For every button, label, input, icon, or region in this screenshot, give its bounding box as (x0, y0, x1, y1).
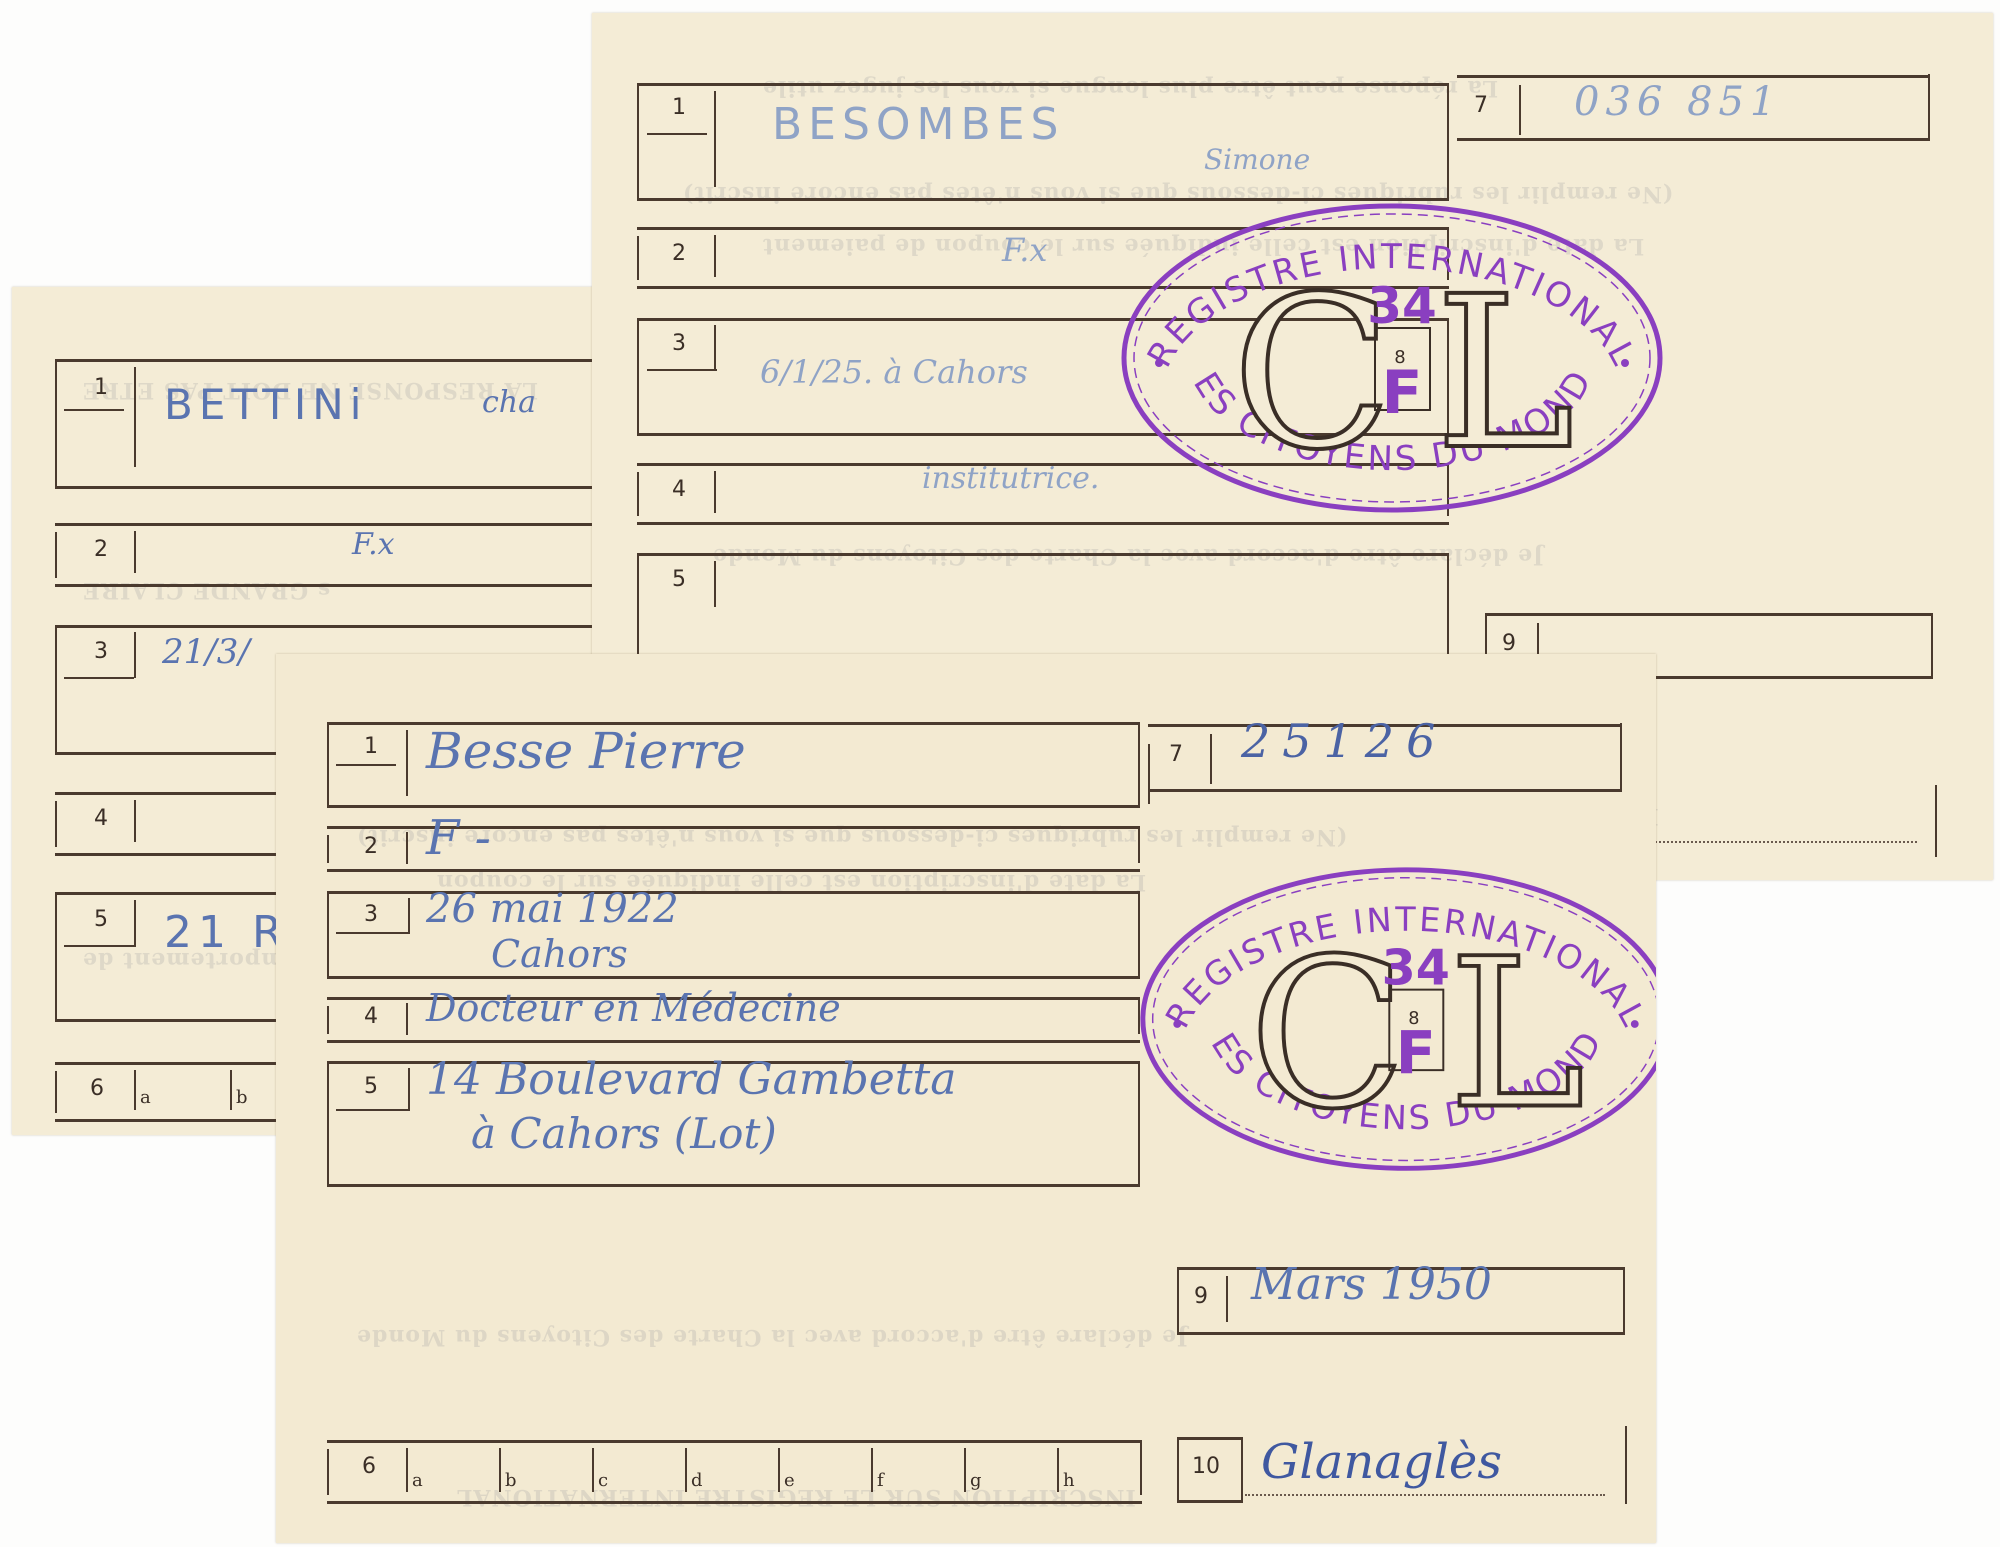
field-2-label: 2 (364, 834, 378, 859)
field-10-label: 10 (1192, 1454, 1220, 1479)
field-5-label-rule (336, 1109, 410, 1111)
card-besse: (Ne remplir les rubriques ci-dessous que… (276, 654, 1656, 1543)
signature: Glanaglès (1261, 1434, 1502, 1490)
field-3-label: 3 (94, 639, 108, 664)
field-1-surname: BESOMBES (772, 99, 1064, 150)
field-5-line2: à Cahors (Lot) (471, 1109, 777, 1158)
field-9-divider (1226, 1276, 1228, 1322)
field-3-value: 6/1/25. à Cahors (760, 353, 1028, 391)
field-6b-divider (499, 1448, 501, 1492)
field-5-divider (408, 1068, 410, 1110)
field-7-left-edge (1148, 744, 1150, 804)
field-3-divider (714, 325, 716, 371)
field-1-label-rule (336, 764, 396, 766)
field-6f-label: f (877, 1470, 884, 1491)
field-9-value: Mars 1950 (1251, 1259, 1492, 1310)
field-5-divider (714, 561, 716, 607)
field-2-divider (406, 832, 408, 864)
field-1-divider (134, 367, 136, 467)
field-6c-divider (592, 1448, 594, 1492)
field-2-label: 2 (94, 537, 108, 562)
citizens-registry-stamp: REGISTRE INTERNATIONAL DES CITOYENS DU M… (1117, 198, 1667, 528)
field-6-box (327, 1440, 1142, 1504)
field-1-divider (714, 91, 716, 187)
field-3-value: 21/3/ (162, 632, 250, 672)
field-2-value: F - (426, 810, 491, 866)
field-6a-divider (134, 1070, 136, 1110)
field-4-label: 4 (364, 1004, 378, 1029)
field-6h-divider (1057, 1448, 1059, 1492)
field-6d-label: d (691, 1470, 703, 1491)
field-4-value: Docteur en Médecine (426, 986, 841, 1030)
field-6a-label: a (412, 1470, 423, 1491)
field-2-box (55, 523, 612, 587)
field-5-label: 5 (672, 567, 686, 592)
field-6d-divider (685, 1448, 687, 1492)
field-6-label: 6 (362, 1454, 376, 1479)
field-4-divider (134, 800, 136, 842)
signature-line (1245, 1494, 1605, 1496)
field-1-label-rule (64, 409, 124, 411)
stamp-number: 34 (1367, 277, 1437, 335)
field-3-divider (408, 898, 410, 934)
stamp-letter-f: F (1382, 358, 1423, 428)
field-1-given-name: Simone (1204, 143, 1310, 176)
field-4-label: 4 (672, 477, 686, 502)
bleed-through-text: Je déclare être d'accord avec la Charte … (356, 1324, 1188, 1350)
field-9-label: 9 (1502, 631, 1516, 656)
field-6f-divider (871, 1448, 873, 1492)
field-6b-label: b (236, 1087, 248, 1108)
field-1-value: Besse Pierre (426, 722, 746, 780)
citizens-registry-stamp: REGISTRE INTERNATIONAL DES CITOYENS DU M… (1136, 859, 1656, 1189)
field-1-label: 1 (94, 375, 108, 400)
field-3-label: 3 (672, 331, 686, 356)
field-3-line2: Cahors (491, 932, 628, 976)
field-2-label: 2 (672, 241, 686, 266)
stamp-number: 34 (1382, 939, 1450, 997)
field-1-label-rule (647, 133, 707, 135)
field-3-label: 3 (364, 902, 378, 927)
field-3-label-rule (336, 932, 410, 934)
field-1-surname: BETTINi (164, 380, 367, 429)
field-2-divider (134, 531, 136, 573)
field-2-divider (714, 235, 716, 277)
field-5-label: 5 (364, 1074, 378, 1099)
field-1-label: 1 (364, 734, 378, 759)
field-1-divider (406, 730, 408, 796)
stamp-letter-f: F (1396, 1018, 1436, 1087)
field-7-divider (1519, 85, 1521, 135)
field-6b-divider (230, 1070, 232, 1110)
stamp-letter-l: L (1448, 914, 1585, 1154)
field-6b-label: b (505, 1470, 517, 1491)
signature-line-end (1625, 1426, 1627, 1504)
field-6g-label: g (970, 1470, 982, 1491)
field-6g-divider (964, 1448, 966, 1492)
field-4-divider (714, 471, 716, 513)
field-7-value: 25126 (1241, 714, 1447, 768)
field-5-line1: 14 Boulevard Gambetta (426, 1054, 956, 1105)
field-7-divider (1210, 734, 1212, 784)
field-1-label: 1 (672, 95, 686, 120)
field-6a-label: a (140, 1087, 151, 1108)
stamp-letter-l: L (1435, 251, 1574, 496)
field-5-label: 5 (94, 907, 108, 932)
field-6c-label: c (598, 1470, 608, 1491)
field-5-value: 21 R (164, 907, 289, 958)
field-4-value: institutrice. (922, 461, 1099, 496)
field-5-divider (134, 900, 136, 947)
field-3-label-rule (647, 369, 717, 371)
field-6a-divider (406, 1448, 408, 1492)
field-6e-label: e (784, 1470, 795, 1491)
field-3-label-rule (64, 677, 134, 679)
field-3-divider (134, 632, 136, 678)
field-4-divider (406, 1003, 408, 1035)
field-7-label: 7 (1169, 742, 1183, 767)
field-6e-divider (778, 1448, 780, 1492)
field-2-value: F.x (352, 527, 395, 562)
field-6-label: 6 (90, 1076, 104, 1101)
field-1-given-name: cha (482, 385, 536, 420)
field-5-box (637, 553, 1449, 668)
field-7-label: 7 (1474, 93, 1488, 118)
field-3-line1: 26 mai 1922 (426, 886, 679, 932)
field-7-value: 036 851 (1574, 79, 1781, 125)
field-5-label-rule (64, 945, 136, 947)
field-2-value: F.x (1002, 231, 1047, 269)
field-4-label: 4 (94, 806, 108, 831)
field-6h-label: h (1063, 1470, 1075, 1491)
field-9-label: 9 (1194, 1284, 1208, 1309)
signature-line-end (1935, 785, 1937, 857)
